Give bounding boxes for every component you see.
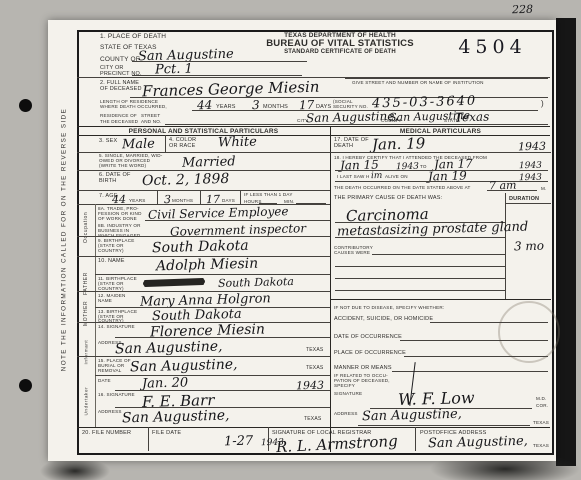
certificate-number: 4504 bbox=[440, 36, 545, 58]
burial-date-label: DATE bbox=[98, 378, 111, 383]
medical-section-divider bbox=[330, 299, 551, 300]
burial-place-value: San Augustine, bbox=[130, 357, 238, 376]
full-name-label-2: OF DECEASED bbox=[100, 86, 142, 92]
father-name-value: Adolph Miesin bbox=[156, 256, 259, 275]
to-label: TO bbox=[420, 164, 427, 169]
full-name-line bbox=[130, 97, 548, 98]
if-not-disease-label: IF NOT DUE TO DISEASE, SPECIFY WHETHER: bbox=[334, 305, 444, 310]
duration-box-line bbox=[505, 193, 506, 299]
physician-address-label: ADDRESS bbox=[334, 411, 358, 416]
cor-label: COR. bbox=[536, 403, 548, 408]
undertaker-address-label: ADDRESS bbox=[98, 409, 122, 414]
related-occupation-label-3: SPECIFY bbox=[334, 383, 355, 388]
dob-label-2: BIRTH bbox=[99, 178, 116, 184]
blank-line bbox=[392, 371, 548, 372]
death-occurred-label: THE DEATH OCCURRED ON THE DATE STATED AB… bbox=[334, 185, 471, 190]
last-saw-him: im bbox=[371, 171, 383, 181]
marital-label-3: (WRITE THE WORD) bbox=[99, 163, 146, 168]
punch-hole bbox=[19, 379, 32, 392]
manner-or-means-label: MANNER OR MEANS bbox=[334, 365, 392, 371]
address-line bbox=[358, 425, 530, 426]
place-of-death-label: 1. PLACE OF DEATH bbox=[100, 33, 166, 40]
accident-suicide-label: ACCIDENT, SUICIDE, OR HOMICIDE bbox=[334, 316, 433, 322]
scan-shadow-blob bbox=[40, 458, 110, 480]
date-of-death-label-2: DEATH bbox=[334, 143, 353, 149]
color-race-label-2: OR RACE bbox=[169, 143, 195, 149]
date-of-occurrence-label: DATE OF OCCURRENCE bbox=[334, 334, 402, 340]
row-line bbox=[115, 390, 330, 391]
ssn-label-2: SECURITY NO. bbox=[333, 104, 368, 109]
mother-name-label-2: NAME bbox=[98, 298, 112, 303]
row-line bbox=[77, 291, 330, 292]
contributory-line bbox=[335, 278, 505, 279]
hint-rule bbox=[345, 78, 548, 79]
file-number-label: 20. FILE NUMBER bbox=[82, 430, 131, 436]
corner-page-note: 228 bbox=[512, 3, 533, 17]
duration-label: DURATION bbox=[509, 196, 539, 202]
duration-value: 3 mo bbox=[514, 239, 544, 254]
name-hint-label: GIVE STREET AND NUMBER OR NAME OF INSTIT… bbox=[352, 80, 484, 85]
ssn-paren: ) bbox=[541, 99, 544, 108]
street-label-2: AND NO. bbox=[141, 119, 162, 124]
date-of-death-value: Jan. 19 bbox=[372, 134, 426, 153]
row-line bbox=[77, 204, 330, 205]
precinct-line bbox=[132, 75, 302, 76]
age-divider bbox=[240, 191, 241, 204]
father-name-label: 10. NAME bbox=[98, 258, 125, 264]
state-value: Texas bbox=[455, 110, 490, 125]
side-strip-line bbox=[95, 204, 96, 427]
blank-line bbox=[400, 340, 548, 341]
file-date-value: 1-27 bbox=[224, 434, 254, 450]
row-line bbox=[77, 236, 330, 237]
undertaker-signature-label: 16. SIGNATURE bbox=[98, 392, 135, 397]
last-saw-label-2: ALIVE ON bbox=[385, 174, 408, 179]
sex-race-divider bbox=[165, 135, 166, 152]
informant-address-state: TEXAS bbox=[306, 348, 323, 354]
age-less-label: IF LESS THAN 1 DAY bbox=[244, 192, 293, 197]
cause-line bbox=[335, 237, 505, 238]
burial-label-3: REMOVAL bbox=[98, 368, 122, 373]
length-label-2: WHERE DEATH OCCURRED, bbox=[100, 104, 167, 109]
md-label: M.D. bbox=[536, 396, 547, 401]
age-years-label: YEARS bbox=[129, 198, 146, 203]
row-line bbox=[115, 337, 330, 338]
dob-value: Oct. 2, 1898 bbox=[142, 171, 230, 189]
residence-line bbox=[165, 124, 548, 125]
postoffice-address-state: TEXAS bbox=[533, 443, 549, 448]
row-line bbox=[95, 274, 330, 275]
primary-cause-label: THE PRIMARY CAUSE OF DEATH WAS: bbox=[334, 195, 442, 201]
physician-signature-value: W. F. Low bbox=[398, 388, 475, 409]
reverse-side-note: NOTE THE INFORMATION CALLED FOR ON THE R… bbox=[61, 90, 68, 390]
row-line bbox=[77, 190, 330, 191]
contributory-line bbox=[372, 254, 505, 255]
place-of-occurrence-label: PLACE OF OCCURRENCE bbox=[334, 350, 406, 356]
age-months-label: MONTHS bbox=[172, 198, 193, 203]
contributory-label-2: CAUSES WERE bbox=[334, 250, 370, 255]
age-days-label: DAYS bbox=[222, 198, 235, 203]
county-of-label: COUNTY OF bbox=[100, 56, 140, 63]
contributory-line bbox=[335, 266, 505, 267]
street-label-1: STREET bbox=[141, 113, 160, 118]
informant-signature-label: 14. SIGNATURE bbox=[98, 324, 135, 329]
informant-address-value: San Augustine, bbox=[115, 339, 223, 358]
bar-top-line bbox=[77, 126, 550, 127]
undertaker-address-state: TEXAS bbox=[304, 417, 321, 423]
race-value: White bbox=[218, 134, 257, 150]
marital-value: Married bbox=[182, 154, 236, 170]
duration-underline bbox=[505, 203, 551, 204]
undertaker-address-value: San Augustine, bbox=[122, 408, 230, 427]
trade-label-3: OF WORK DONE bbox=[98, 216, 137, 221]
time-line bbox=[487, 190, 537, 191]
physician-address-value: San Augustine, bbox=[362, 407, 462, 425]
blank-line bbox=[404, 356, 548, 357]
age-divider bbox=[200, 191, 201, 204]
row-line bbox=[330, 152, 551, 153]
embossed-seal bbox=[498, 301, 560, 363]
undertaker-side-label: Undertaker bbox=[84, 360, 89, 416]
bottom-divider bbox=[148, 427, 149, 451]
postoffice-address-value: San Augustine, bbox=[428, 434, 528, 452]
punch-hole bbox=[19, 99, 32, 112]
blank-line bbox=[430, 322, 548, 323]
last-saw-label-1: I LAST SAW H bbox=[337, 174, 370, 179]
scanned-death-certificate: 228 NOTE THE INFORMATION CALLED FOR ON T… bbox=[0, 0, 581, 480]
residence-label-2: THE DECEASED bbox=[100, 119, 138, 124]
birthplace-label-3: COUNTRY) bbox=[98, 248, 124, 253]
column-divider bbox=[330, 126, 331, 452]
physician-signature-label: SIGNATURE bbox=[334, 391, 362, 396]
sex-label: 3. SEX bbox=[99, 138, 117, 144]
death-time-m-label: M. bbox=[541, 186, 547, 191]
row-line bbox=[95, 375, 330, 376]
residence-label-1: RESIDENCE OF bbox=[100, 113, 137, 118]
father-bp-value: South Dakota bbox=[218, 275, 294, 290]
file-date-label: FILE DATE bbox=[152, 430, 181, 436]
bottom-divider bbox=[415, 427, 416, 451]
birthplace-value: South Dakota bbox=[152, 238, 249, 257]
title-certificate: STANDARD CERTIFICATE OF DEATH bbox=[230, 49, 450, 56]
age-divider bbox=[157, 191, 158, 204]
burial-state: TEXAS bbox=[306, 366, 323, 372]
sex-value: Male bbox=[122, 137, 155, 153]
scan-edge-black-strip bbox=[556, 18, 576, 466]
contributory-line bbox=[335, 290, 505, 291]
physician-address-state: TEXAS bbox=[533, 420, 549, 425]
